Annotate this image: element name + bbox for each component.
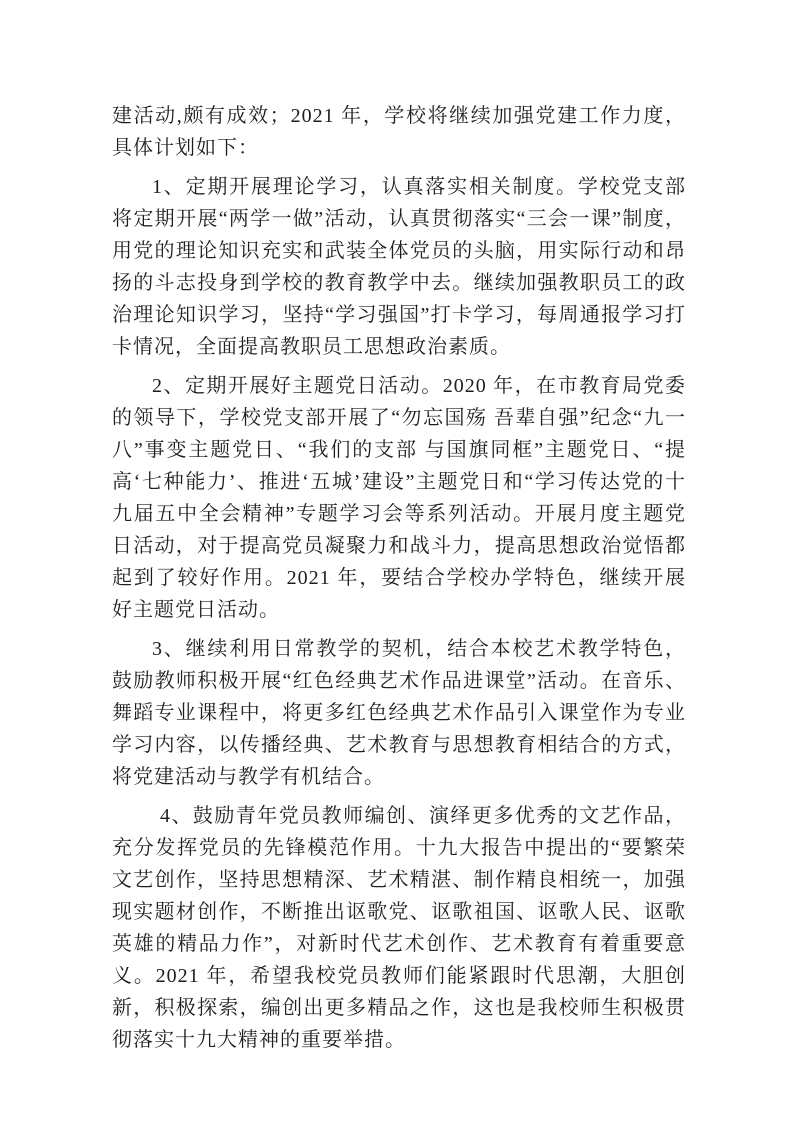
paragraph: 建活动,颇有成效；2021 年，学校将继续加强党建工作力度，具体计划如下：	[112, 100, 686, 164]
document-body: 建活动,颇有成效；2021 年，学校将继续加强党建工作力度，具体计划如下：1、定…	[112, 100, 686, 1063]
paragraph: 1、定期开展理论学习，认真落实相关制度。学校党支部将定期开展“两学一做”活动，认…	[112, 171, 686, 363]
document-page: 建活动,颇有成效；2021 年，学校将继续加强党建工作力度，具体计划如下：1、定…	[0, 0, 800, 1131]
paragraph: 3、继续利用日常教学的契机，结合本校艺术教学特色，鼓励教师积极开展“红色经典艺术…	[112, 633, 686, 793]
paragraph: 4、鼓励青年党员教师编创、演绎更多优秀的文艺作品，充分发挥党员的先锋模范作用。十…	[112, 800, 686, 1056]
paragraph: 2、定期开展好主题党日活动。2020 年，在市教育局党委的领导下，学校党支部开展…	[112, 370, 686, 626]
